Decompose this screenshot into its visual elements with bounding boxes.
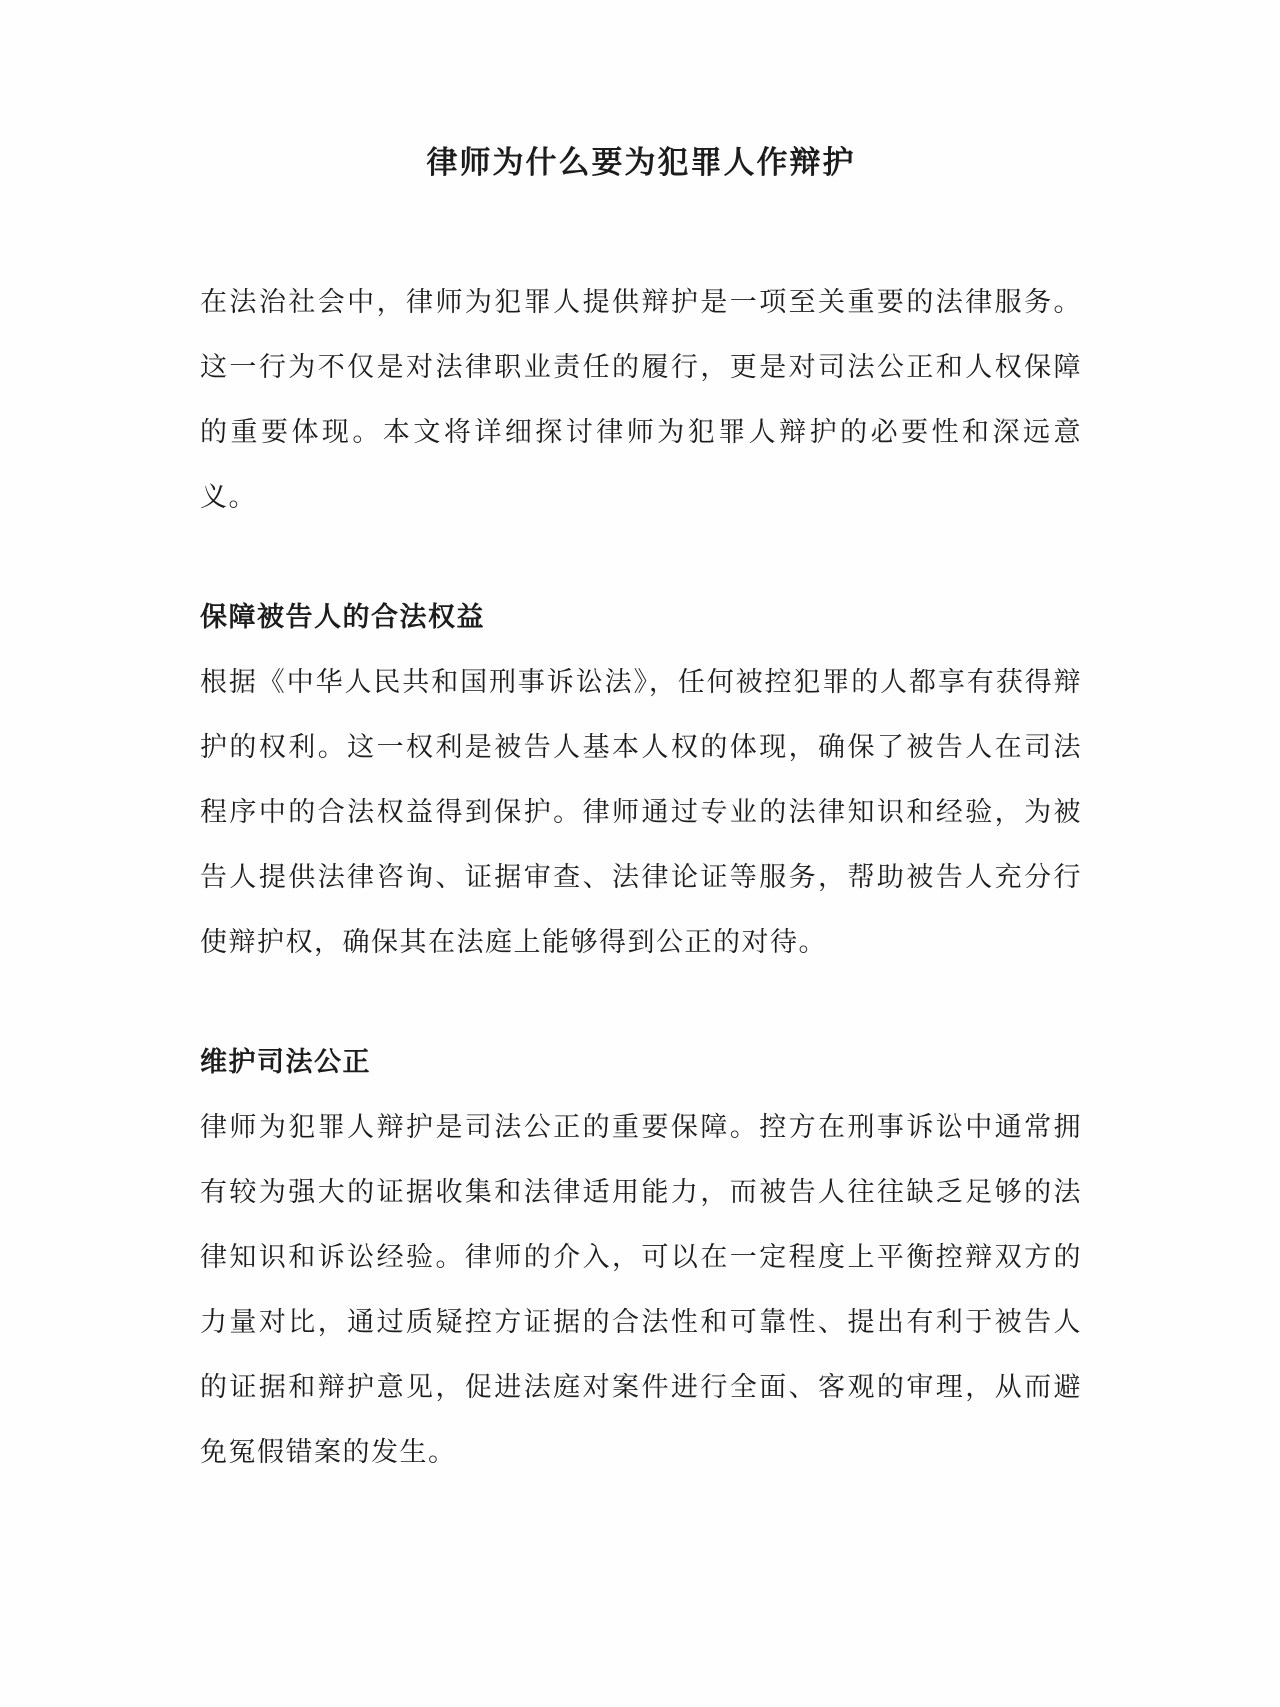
document-title: 律师为什么要为犯罪人作辩护 [200,130,1082,195]
intro-paragraph: 在法治社会中，律师为犯罪人提供辩护是一项至关重要的法律服务。这一行为不仅是对法律… [200,270,1082,530]
section-heading-defendant-rights: 保障被告人的合法权益 [200,585,1082,650]
section-paragraph-judicial-justice: 律师为犯罪人辩护是司法公正的重要保障。控方在刑事诉讼中通常拥有较为强大的证据收集… [200,1095,1082,1485]
section-heading-judicial-justice: 维护司法公正 [200,1030,1082,1095]
section-paragraph-defendant-rights: 根据《中华人民共和国刑事诉讼法》，任何被控犯罪的人都享有获得辩护的权利。这一权利… [200,650,1082,975]
document-page: 律师为什么要为犯罪人作辩护 在法治社会中，律师为犯罪人提供辩护是一项至关重要的法… [0,0,1280,1707]
